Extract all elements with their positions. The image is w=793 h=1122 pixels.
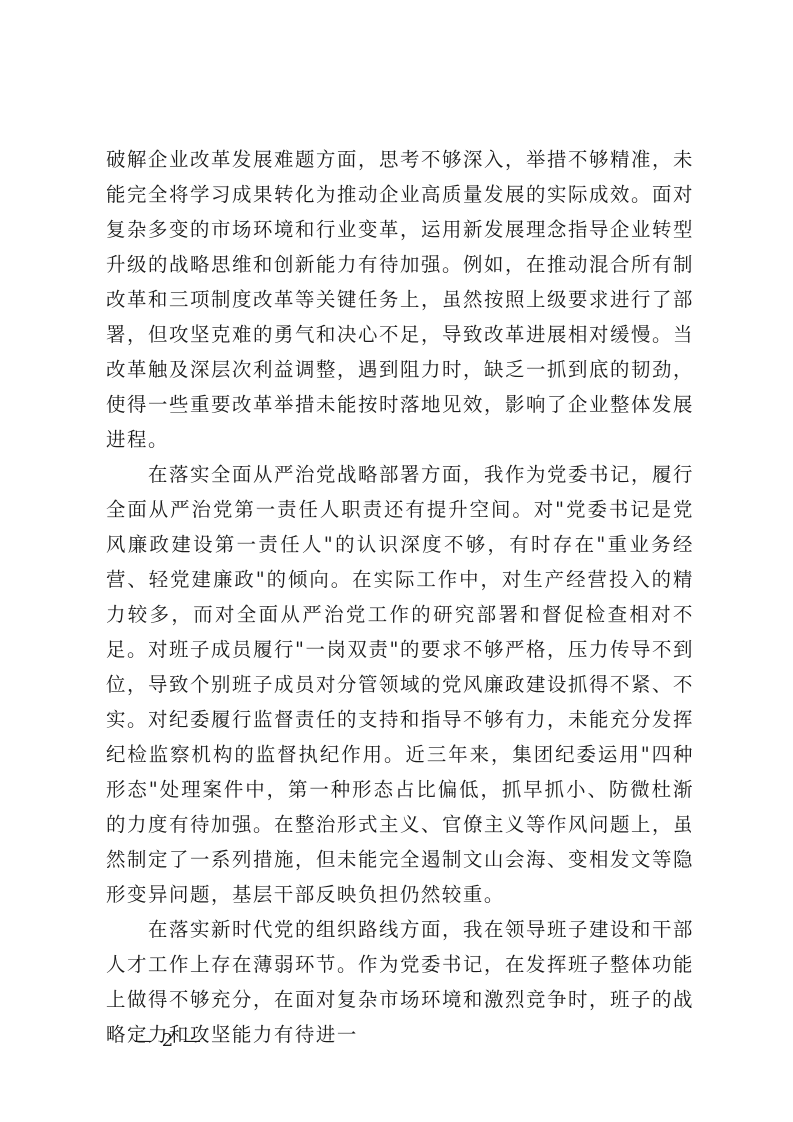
page-number: — 2 — (134, 1030, 203, 1051)
document-page: 破解企业改革发展难题方面，思考不够深入，举措不够精准，未能完全将学习成果转化为推… (0, 0, 793, 1122)
document-body: 破解企业改革发展难题方面，思考不够深入，举措不够精准，未能完全将学习成果转化为推… (106, 142, 694, 1052)
paragraph-reform-continuation: 破解企业改革发展难题方面，思考不够深入，举措不够精准，未能完全将学习成果转化为推… (106, 142, 694, 457)
paragraph-party-discipline: 在落实全面从严治党战略部署方面，我作为党委书记，履行全面从严治党第一责任人职责还… (106, 457, 694, 912)
